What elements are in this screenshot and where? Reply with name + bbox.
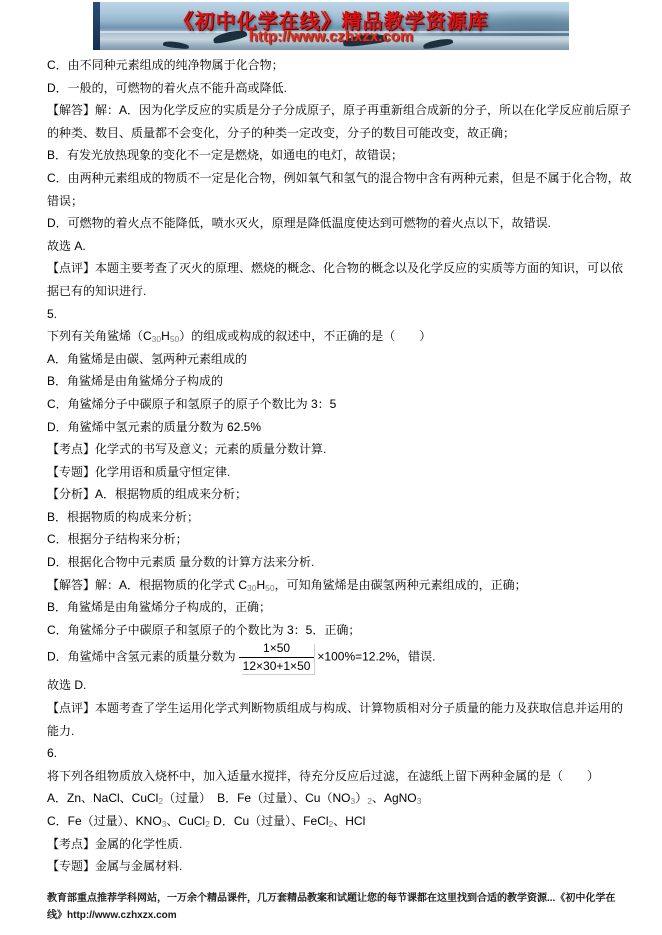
text-line: B．有发光放热现象的变化不一定是燃烧，如通电的电灯，故错误；	[47, 144, 647, 167]
text-segment: 错误；	[47, 194, 83, 208]
text-line: D．角鲨烯中氢元素的质量分数为 62.5%	[47, 416, 647, 439]
text-segment: B．角鲨烯是由角鲨烯分子构成的	[47, 374, 223, 388]
text-line: 【专题】化学用语和质量守恒定律.	[47, 461, 647, 484]
text-segment: D．角鲨烯中氢元素的质量分数为 62.5%	[47, 420, 261, 434]
text-line: C．由不同种元素组成的纯净物属于化合物；	[47, 54, 647, 77]
chemical-subscript: 50	[265, 583, 274, 593]
text-segment: 【考点】金属的化学性质.	[47, 837, 182, 851]
text-segment: A．角鲨烯是由碳、氢两种元素组成的	[47, 352, 247, 366]
text-segment: 【点评】本题考查了学生运用化学式判断物质组成与构成、计算物质相对分子质量的能力及…	[47, 701, 623, 715]
text-line: D．根据化合物中元素质 量分数的计算方法来分析.	[47, 551, 647, 574]
text-line: C．Fe（过量）、KNO3、CuCl2 D．Cu（过量）、FeCl2、HCl	[47, 810, 647, 833]
banner-url[interactable]: http://www.czhxzx.com	[93, 28, 569, 45]
text-segment: B．根据物质的构成来分析；	[47, 510, 199, 524]
text-line: 【解答】解：A．根据物质的化学式 C30H50，可知角鲨烯是由碳氢两种元素组成的…	[47, 574, 647, 597]
text-segment: 【专题】化学用语和质量守恒定律.	[47, 465, 230, 479]
text-segment: C．根据分子结构来分析；	[47, 532, 188, 546]
text-line: A．Zn、NaCl、CuCl2（过量） B．Fe（过量）、Cu（NO3）2、Ag…	[47, 787, 647, 810]
text-segment: 6.	[47, 746, 57, 760]
text-segment: （过量） B．Fe（过量）、Cu（NO	[163, 791, 350, 805]
text-segment: 、CuCl	[166, 814, 205, 828]
text-segment: 、HCl	[333, 814, 365, 828]
text-line: 【点评】本题考查了学生运用化学式判断物质组成与构成、计算物质相对分子质量的能力及…	[47, 697, 647, 720]
text-line: D．一般的，可燃物的着火点不能升高或降低.	[47, 77, 647, 100]
text-segment: ×100%=12.2%，错误.	[317, 650, 435, 664]
text-segment: 【专题】金属与金属材料.	[47, 859, 182, 873]
chemical-subscript: 30	[152, 334, 161, 344]
chemical-subscript: 3	[417, 796, 422, 806]
text-line: 【考点】金属的化学性质.	[47, 833, 647, 856]
footer-url[interactable]: http://www.czhxzx.com	[67, 910, 177, 921]
text-line: D．可燃物的着火点不能降低，喷水灭火，原理是降低温度使达到可燃物的着火点以下，故…	[47, 212, 647, 235]
text-line: 6.	[47, 742, 647, 765]
text-segment: A．Zn、NaCl、CuCl	[47, 791, 158, 805]
text-segment: D．一般的，可燃物的着火点不能升高或降低.	[47, 81, 287, 95]
text-segment: 【解答】解：A．根据物质的化学式 C	[47, 578, 247, 592]
text-line: 的种类、数目、质量都不会变化，分子的种类一定改变，分子的数目可能改变，故正确；	[47, 122, 647, 145]
text-line: C．角鲨烯分子中碳原子和氢原子的原子个数比为 3：5	[47, 393, 647, 416]
text-segment: 下列有关角鲨烯（C	[47, 329, 152, 343]
text-segment: D．Cu（过量）、FeCl	[210, 814, 329, 828]
text-line: 【分析】A．根据物质的组成来分析；	[47, 483, 647, 506]
text-segment: ）的组成或构成的叙述中，不正确的是（ ）	[179, 329, 431, 343]
text-segment: 故选 D.	[47, 678, 86, 692]
document-page: 《初中化学在线》精品教学资源库 http://www.czhxzx.com C．…	[0, 0, 662, 935]
text-segment: 将下列各组物质放入烧杯中，加入适量水搅拌，待充分反应后过滤，在滤纸上留下两种金属…	[47, 769, 599, 783]
text-segment: ，可知角鲨烯是由碳氢两种元素组成的，正确；	[275, 578, 527, 592]
text-segment: 【分析】A．根据物质的组成来分析；	[47, 487, 247, 501]
text-segment: 、AgNO	[372, 791, 417, 805]
text-line: A．角鲨烯是由碳、氢两种元素组成的	[47, 348, 647, 371]
text-line: 5.	[47, 303, 647, 326]
text-segment: B．有发光放热现象的变化不一定是燃烧，如通电的电灯，故错误；	[47, 148, 403, 162]
text-segment: D．可燃物的着火点不能降低，喷水灭火，原理是降低温度使达到可燃物的着火点以下，故…	[47, 216, 551, 230]
text-line: C．由两种元素组成的物质不一定是化合物，例如氧气和氢气的混合物中含有两种元素，但…	[47, 167, 647, 190]
text-segment: B．角鲨烯是由角鲨烯分子构成的，正确；	[47, 600, 271, 614]
fraction-expression: 1×5012×30+1×50	[239, 641, 315, 674]
text-segment: C．Fe（过量）、KNO	[47, 814, 162, 828]
text-segment: 【考点】化学式的书写及意义；元素的质量分数计算.	[47, 442, 326, 456]
text-segment: D．角鲨烯中含氢元素的质量分数为	[47, 650, 236, 664]
text-line: 故选 D.	[47, 674, 647, 697]
text-line: 故选 A.	[47, 235, 647, 258]
text-segment: 故选 A.	[47, 239, 86, 253]
text-line: 【考点】化学式的书写及意义；元素的质量分数计算.	[47, 438, 647, 461]
text-segment: C．角鲨烯分子中碳原子和氢原子的个数比为 3：5．正确；	[47, 623, 360, 637]
text-line: 【点评】本题主要考查了灭火的原理、燃烧的概念、化合物的概念以及化学反应的实质等方…	[47, 257, 647, 280]
text-line: 【解答】解：A．因为化学反应的实质是分子分成原子，原子再重新组合成新的分子，所以…	[47, 99, 647, 122]
text-segment: 能力.	[47, 724, 74, 738]
text-segment: H	[161, 329, 170, 343]
page-footer: 教育部重点推荐学科网站，一万余个精品课件，几万套精品教案和试题让您的每节课都在这…	[47, 890, 624, 925]
text-line: 据已有的知识进行.	[47, 280, 647, 303]
text-line: B．根据物质的构成来分析；	[47, 506, 647, 529]
document-body: C．由不同种元素组成的纯净物属于化合物；D．一般的，可燃物的着火点不能升高或降低…	[47, 54, 647, 878]
text-segment: C．由不同种元素组成的纯净物属于化合物；	[47, 58, 284, 72]
text-segment: C．由两种元素组成的物质不一定是化合物，例如氧气和氢气的混合物中含有两种元素，但…	[47, 171, 632, 185]
text-line: B．角鲨烯是由角鲨烯分子构成的，正确；	[47, 596, 647, 619]
text-line: D．角鲨烯中含氢元素的质量分数为1×5012×30+1×50×100%=12.2…	[47, 641, 647, 674]
site-banner: 《初中化学在线》精品教学资源库 http://www.czhxzx.com	[93, 2, 569, 50]
text-segment: 的种类、数目、质量都不会变化，分子的种类一定改变，分子的数目可能改变，故正确；	[47, 126, 515, 140]
text-segment: 5.	[47, 307, 57, 321]
text-line: 将下列各组物质放入烧杯中，加入适量水搅拌，待充分反应后过滤，在滤纸上留下两种金属…	[47, 765, 647, 788]
text-segment: 【解答】解：A．因为化学反应的实质是分子分成原子，原子再重新组合成新的分子，所以…	[47, 103, 631, 117]
text-segment: 据已有的知识进行.	[47, 284, 146, 298]
text-line: 错误；	[47, 190, 647, 213]
text-line: 【专题】金属与金属材料.	[47, 855, 647, 878]
text-segment: C．角鲨烯分子中碳原子和氢原子的原子个数比为 3：5	[47, 397, 336, 411]
text-segment: D．根据化合物中元素质 量分数的计算方法来分析.	[47, 555, 314, 569]
text-line: C．根据分子结构来分析；	[47, 528, 647, 551]
text-line: 下列有关角鲨烯（C30H50）的组成或构成的叙述中，不正确的是（ ）	[47, 325, 647, 348]
text-line: C．角鲨烯分子中碳原子和氢原子的个数比为 3：5．正确；	[47, 619, 647, 642]
text-segment: 【点评】本题主要考查了灭火的原理、燃烧的概念、化合物的概念以及化学反应的实质等方…	[47, 261, 623, 275]
chemical-subscript: 50	[170, 334, 179, 344]
text-line: 能力.	[47, 720, 647, 743]
text-segment: H	[256, 578, 265, 592]
text-line: B．角鲨烯是由角鲨烯分子构成的	[47, 370, 647, 393]
text-segment: ）	[355, 791, 367, 805]
